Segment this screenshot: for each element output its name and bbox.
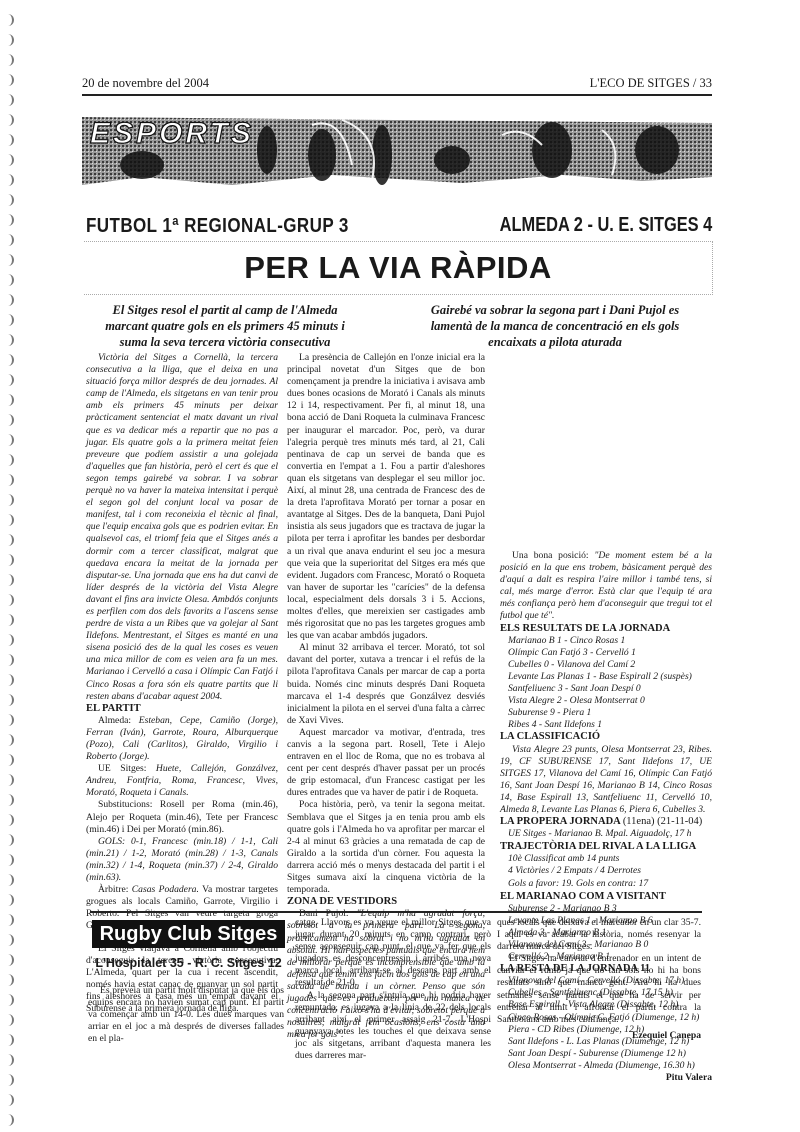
headline-box: PER LA VIA RÀPIDA	[84, 241, 713, 295]
trajectory-item: Gols a favor: 19. Gols en contra: 17	[508, 878, 712, 890]
next-fixture: UE Sitges - Marianao B. Mpal. Aiguadolç,…	[508, 828, 712, 840]
rugby-paragraph: A la segona part s'intuïa que hi podria …	[295, 990, 491, 1063]
result-item: Suburense 9 - Piera 1	[508, 707, 712, 719]
result-item: Olímpic Can Fatjó 3 - Cervelló 1	[508, 647, 712, 659]
body-paragraph: Aquest marcador va motivar, d'entrada, t…	[287, 727, 485, 800]
next-round-label: LA PROPERA JORNADA	[500, 816, 620, 827]
referee-label: Àrbitre:	[98, 884, 128, 895]
speaker-label: Una bona posició:	[512, 550, 589, 561]
results-list: Marianao B 1 - Cinco Rosas 1 Olímpic Can…	[508, 635, 712, 732]
next-round-heading: LA PROPERA JORNADA (11ena) (21-11-04)	[500, 816, 712, 828]
body-paragraph: Poca història, però, va tenir la segona …	[287, 799, 485, 896]
rugby-paragraph: Es preveia un partit molt disputat ja qu…	[88, 985, 284, 1045]
result-item: Cubelles 0 - Vilanova del Camí 2	[508, 659, 712, 671]
rugby-section-title: Rugby Club Sitges	[92, 920, 285, 948]
rugby-match-result: L'Hospitalet 35 - R. C. Sitges 12	[92, 956, 285, 970]
esports-label: ESPORTS	[90, 117, 254, 150]
sitges-lineup: UE Sitges: Huete, Callejón, Gonzálvez, A…	[86, 763, 278, 799]
next-round-list: UE Sitges - Marianao B. Mpal. Aiguadolç,…	[508, 828, 712, 840]
sitges-label: UE Sitges:	[98, 763, 146, 774]
almeda-label: Almeda:	[98, 715, 131, 726]
referee-name: Casas Podadera.	[132, 884, 199, 895]
rugby-author: Ezequiel Canepa	[497, 1030, 701, 1042]
subheadline-right: Gairebé va sobrar la segona part i Dani …	[420, 302, 690, 350]
football-section-title: FUTBOL 1ª REGIONAL-GRUP 3	[86, 215, 349, 238]
fixture-item: Olesa Montserrat - Almeda (Diumenge, 16.…	[508, 1060, 712, 1072]
football-author: Pitu Valera	[500, 1072, 712, 1084]
rugby-paragraph: catge. Llavors es va veure el millor Sit…	[295, 917, 491, 990]
quote-position: Una bona posició: "De moment estem bé a …	[500, 550, 712, 623]
football-match-result: ALMEDA 2 - U. E. SITGES 4	[499, 214, 712, 237]
section-divider	[490, 911, 702, 913]
trajectory-item: 4 Victòries / 2 Empats / 4 Derrotes	[508, 865, 712, 877]
rugby-column-3: ques locals que deixava el marcador en u…	[497, 917, 701, 1042]
result-item: Levante Las Planas 1 - Base Espirall 2 (…	[508, 671, 712, 683]
headline: PER LA VIA RÀPIDA	[84, 250, 712, 286]
subheadline-left: El Sitges resol el partit al camp de l'A…	[105, 302, 345, 350]
locker-room-heading: ZONA DE VESTIDORS	[287, 896, 485, 908]
rugby-column-2: catge. Llavors es va veure el millor Sit…	[295, 917, 491, 1062]
result-item: Ribes 4 - Sant Ildefons 1	[508, 719, 712, 731]
rugby-paragraph: ques locals que deixava el marcador en u…	[497, 917, 701, 953]
page-header: 20 de novembre del 2004 L'ECO DE SITGES …	[82, 76, 712, 96]
binder-rings	[2, 14, 16, 1124]
results-heading: ELS RESULTATS DE LA JORNADA	[500, 623, 712, 635]
intro-paragraph: Victòria del Sitges a Cornellà, la terce…	[86, 352, 278, 703]
body-paragraph: Al minut 32 arribava el tercer. Morató, …	[287, 642, 485, 727]
rugby-paragraph: El Sitges ha canviat d'entrenador en un …	[497, 953, 701, 1026]
publication-page: L'ECO DE SITGES / 33	[590, 76, 712, 91]
sports-collage-image: ESPORTS	[82, 105, 712, 190]
standings-heading: LA CLASSIFICACIÓ	[500, 731, 712, 743]
rival-away-heading: EL MARIANAO COM A VISITANT	[500, 891, 712, 903]
section-divider	[90, 911, 490, 913]
issue-date: 20 de novembre del 2004	[82, 76, 209, 91]
result-item: Marianao B 1 - Cinco Rosas 1	[508, 635, 712, 647]
almeda-lineup: Almeda: Esteban, Cepe, Camiño (Jorge), F…	[86, 715, 278, 763]
result-item: Santfeliuenc 3 - Sant Joan Despí 0	[508, 683, 712, 695]
standings-text: Vista Alegre 23 punts, Olesa Montserrat …	[500, 744, 712, 817]
next-round-date: (11ena) (21-11-04)	[623, 816, 702, 827]
article-column-1: Victòria del Sitges a Cornellà, la terce…	[86, 352, 278, 1015]
rugby-column-1: Es preveia un partit molt disputat ja qu…	[88, 985, 284, 1045]
substitutions: Substitucions: Rosell per Roma (min.46),…	[86, 799, 278, 835]
rival-trajectory-heading: TRAJECTÒRIA DEL RIVAL A LA LLIGA	[500, 841, 712, 853]
sports-banner: ESPORTS	[82, 105, 712, 190]
fixture-item: Sant Joan Despí - Suburense (Diumenge 12…	[508, 1048, 712, 1060]
body-paragraph: La presència de Callejón en l'onze inici…	[287, 352, 485, 642]
goals: GOLS: 0-1, Francesc (min.18) / 1-1, Cali…	[86, 836, 278, 884]
result-item: Vista Alegre 2 - Olesa Montserrat 0	[508, 695, 712, 707]
match-sheet-heading: EL PARTIT	[86, 703, 278, 715]
rival-trajectory-list: 10è Classificat amb 14 punts 4 Victòries…	[508, 853, 712, 889]
trajectory-item: 10è Classificat amb 14 punts	[508, 853, 712, 865]
